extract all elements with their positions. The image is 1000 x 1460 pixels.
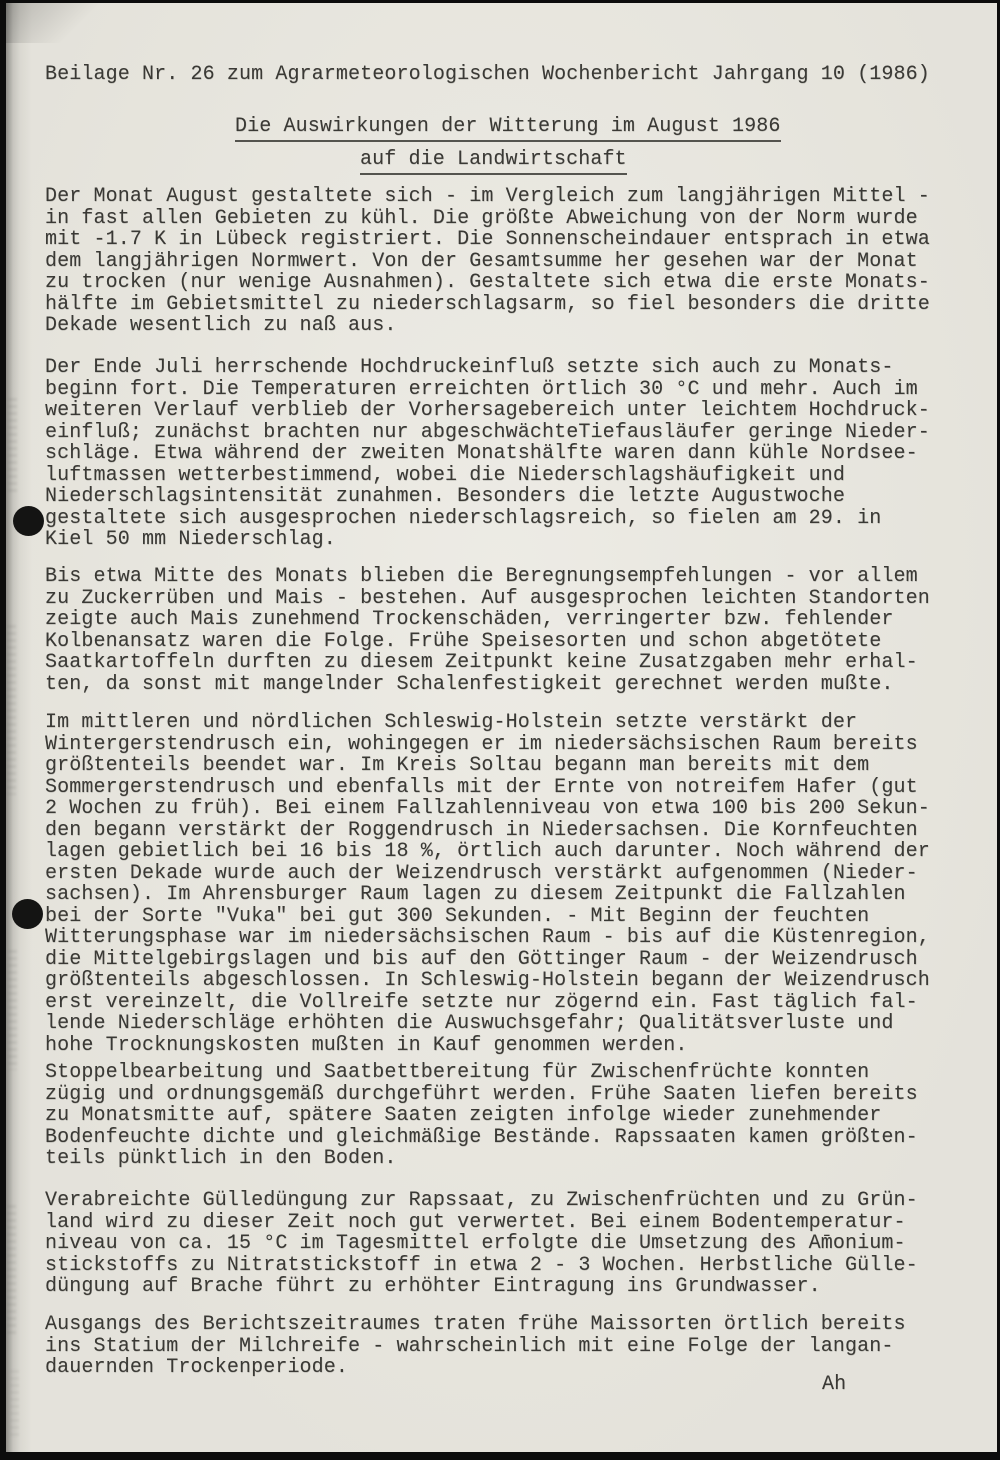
scan-corner-shadow — [6, 3, 126, 43]
scan-ghost-marks — [10, 1370, 19, 1440]
scan-ghost-marks — [7, 625, 16, 795]
scanned-document-page: Beilage Nr. 26 zum Agrarmeteorologischen… — [0, 0, 1000, 1460]
scan-ghost-marks — [8, 950, 17, 1070]
document-title-line1: Die Auswirkungen der Witterung im August… — [235, 116, 781, 138]
document-title-line1-text: Die Auswirkungen der Witterung im August… — [235, 115, 781, 142]
paragraph-stubble-seedbed: Stoppelbearbeitung und Saatbettbereitung… — [45, 1062, 918, 1170]
hole-punch-top — [13, 506, 44, 536]
paragraph-weather-summary: Der Monat August gestaltete sich - im Ve… — [45, 186, 930, 337]
paragraph-maize-milk-ripeness: Ausgangs des Berichtszeitraumes traten f… — [45, 1314, 906, 1379]
document-title-line2-text: auf die Landwirtschaft — [360, 148, 627, 175]
paragraph-pressure-systems: Der Ende Juli herrschende Hochdruckeinfl… — [45, 357, 930, 551]
document-header-line: Beilage Nr. 26 zum Agrarmeteorologischen… — [45, 64, 930, 86]
document-title-line2: auf die Landwirtschaft — [360, 149, 627, 171]
scan-ghost-marks — [7, 1205, 16, 1335]
paragraph-irrigation: Bis etwa Mitte des Monats blieben die Be… — [45, 566, 930, 695]
author-initials: Ah — [822, 1374, 846, 1396]
hole-punch-bottom — [12, 899, 43, 929]
paragraph-harvest: Im mittleren und nördlichen Schleswig-Ho… — [45, 712, 930, 1056]
scan-ghost-marks — [8, 398, 17, 493]
paragraph-slurry-fertilizer: Verabreichte Gülledüngung zur Rapssaat, … — [45, 1190, 918, 1298]
